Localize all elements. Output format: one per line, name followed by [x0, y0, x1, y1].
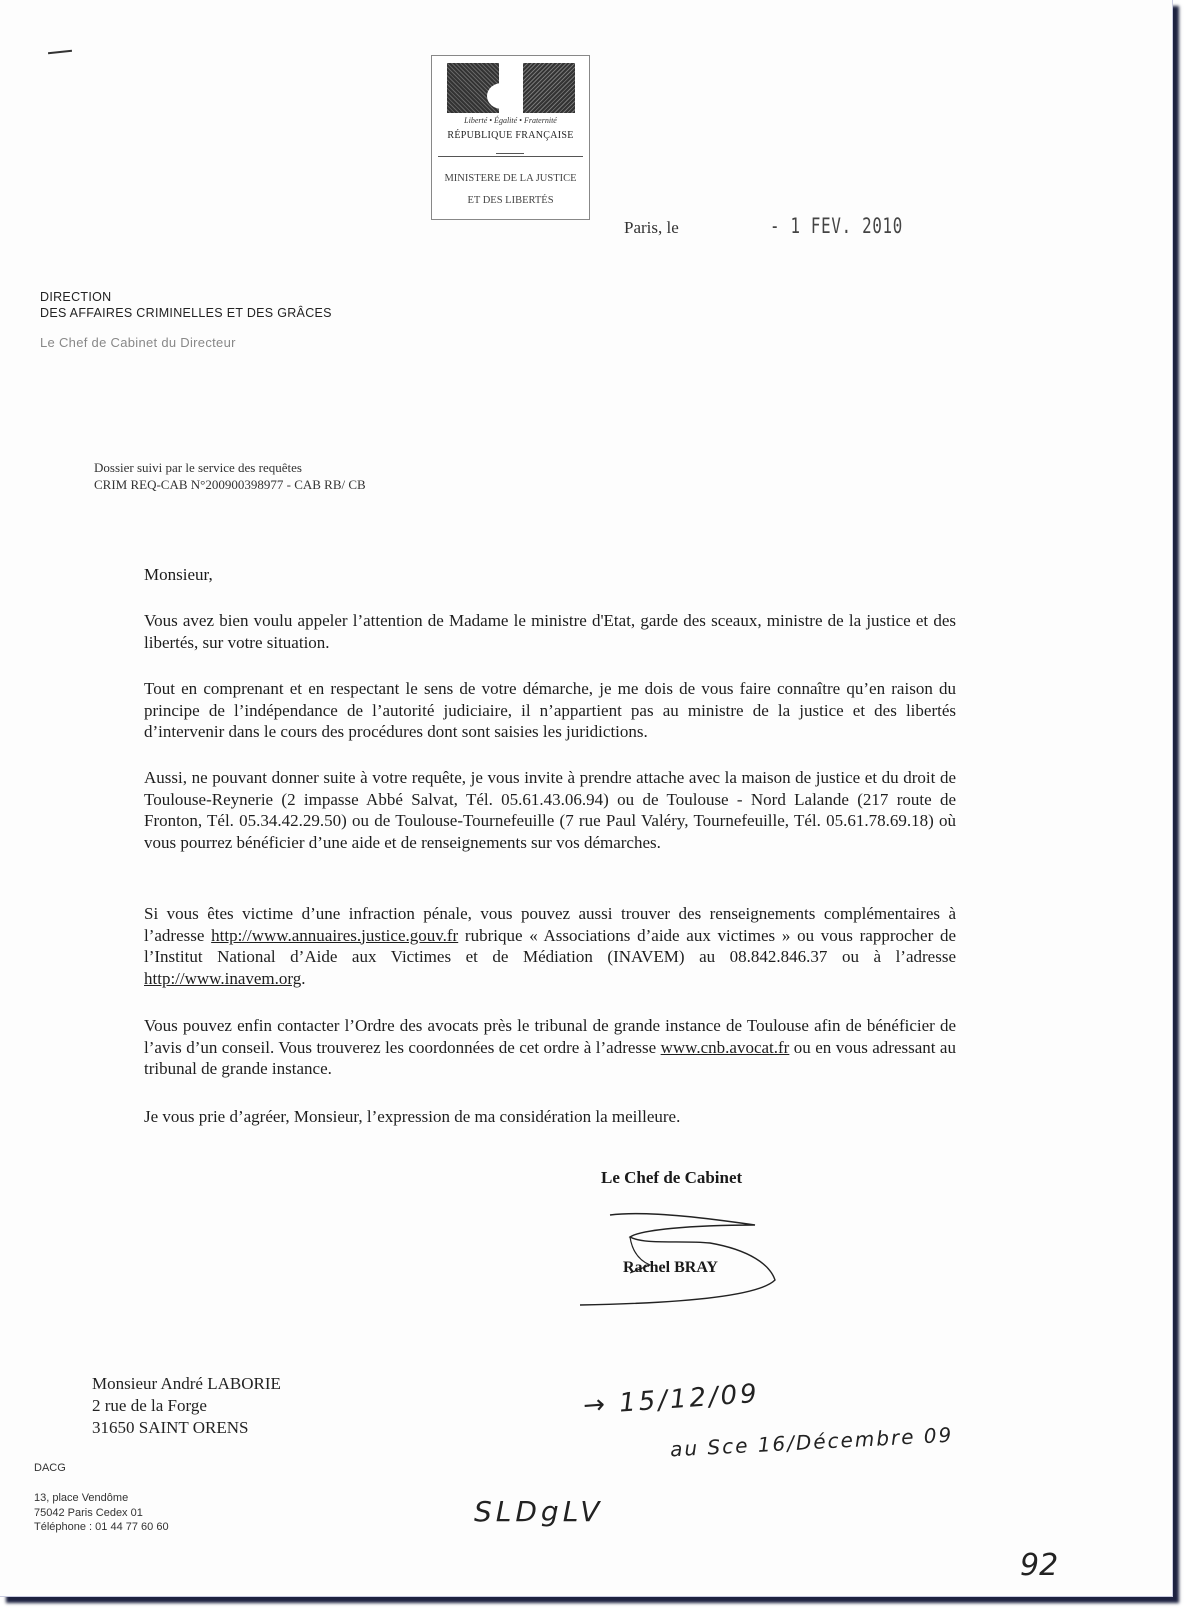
handwritten-code: SLDgLV	[474, 1495, 603, 1528]
paragraph-5: Vous pouvez enfin contacter l’Ordre des …	[144, 1015, 956, 1080]
annuaires-link[interactable]: http://www.annuaires.justice.gouv.fr	[211, 926, 458, 945]
footer-address-line2: 75042 Paris Cedex 01	[34, 1506, 169, 1521]
signature-name: Rachel BRAY	[623, 1259, 718, 1277]
letter-page: Liberté • Égalité • Fraternité RÉPUBLIQU…	[0, 0, 1173, 1597]
handwritten-date-note: → 15/12/09	[582, 1379, 760, 1421]
handwritten-page-number: 92	[1020, 1548, 1058, 1583]
footer-dept: DACG	[34, 1462, 66, 1474]
recipient-address: Monsieur André LABORIE 2 rue de la Forge…	[92, 1373, 281, 1439]
footer-address-line1: 13, place Vendôme	[34, 1491, 169, 1506]
cnb-link[interactable]: www.cnb.avocat.fr	[661, 1038, 790, 1057]
marianne-emblem-icon	[447, 63, 575, 113]
paragraph-4: Si vous êtes victime d’une infraction pé…	[144, 903, 956, 989]
sender-office: Le Chef de Cabinet du Directeur	[40, 335, 236, 350]
paragraph-2: Tout en comprenant et en respectant le s…	[144, 678, 956, 743]
ministry-name-line2: ET DES LIBERTÉS	[432, 195, 589, 206]
reference-line2: CRIM REQ-CAB N°200900398977 - CAB RB/ CB	[94, 476, 366, 493]
direction-line2: DES AFFAIRES CRIMINELLES ET DES GRÂCES	[40, 305, 332, 321]
signature-title: Le Chef de Cabinet	[601, 1168, 742, 1188]
republic-name: RÉPUBLIQUE FRANÇAISE	[432, 130, 589, 141]
recipient-name: Monsieur André LABORIE	[92, 1373, 281, 1395]
direction-line1: DIRECTION	[40, 289, 332, 305]
scan-mark	[48, 50, 72, 54]
paragraph-3: Aussi, ne pouvant donner suite à votre r…	[144, 767, 956, 853]
ministry-name-line1: MINISTERE DE LA JUSTICE	[432, 173, 589, 184]
footer-address: 13, place Vendôme 75042 Paris Cedex 01 T…	[34, 1491, 169, 1535]
recipient-city: 31650 SAINT ORENS	[92, 1417, 281, 1439]
salutation: Monsieur,	[144, 565, 213, 585]
closing-line: Je vous prie d’agréer, Monsieur, l’expre…	[144, 1106, 956, 1128]
republic-motto: Liberté • Égalité • Fraternité	[432, 116, 589, 125]
recipient-street: 2 rue de la Forge	[92, 1395, 281, 1417]
inavem-link[interactable]: http://www.inavem.org	[144, 969, 301, 988]
footer-phone: Téléphone : 01 44 77 60 60	[34, 1520, 169, 1535]
marianne-logo: Liberté • Égalité • Fraternité RÉPUBLIQU…	[431, 55, 590, 220]
handwritten-signature-icon	[570, 1195, 790, 1315]
reference-line1: Dossier suivi par le service des requête…	[94, 459, 366, 476]
date-stamp: - 1 FEV. 2010	[770, 214, 903, 238]
sender-direction: DIRECTION DES AFFAIRES CRIMINELLES ET DE…	[40, 289, 332, 321]
date-place: Paris, le	[624, 218, 679, 238]
paragraph-1: Vous avez bien voulu appeler l’attention…	[144, 610, 956, 653]
handwritten-date-note-2: au Sce 16/Décembre 09	[670, 1423, 954, 1462]
reference-block: Dossier suivi par le service des requête…	[94, 459, 366, 493]
